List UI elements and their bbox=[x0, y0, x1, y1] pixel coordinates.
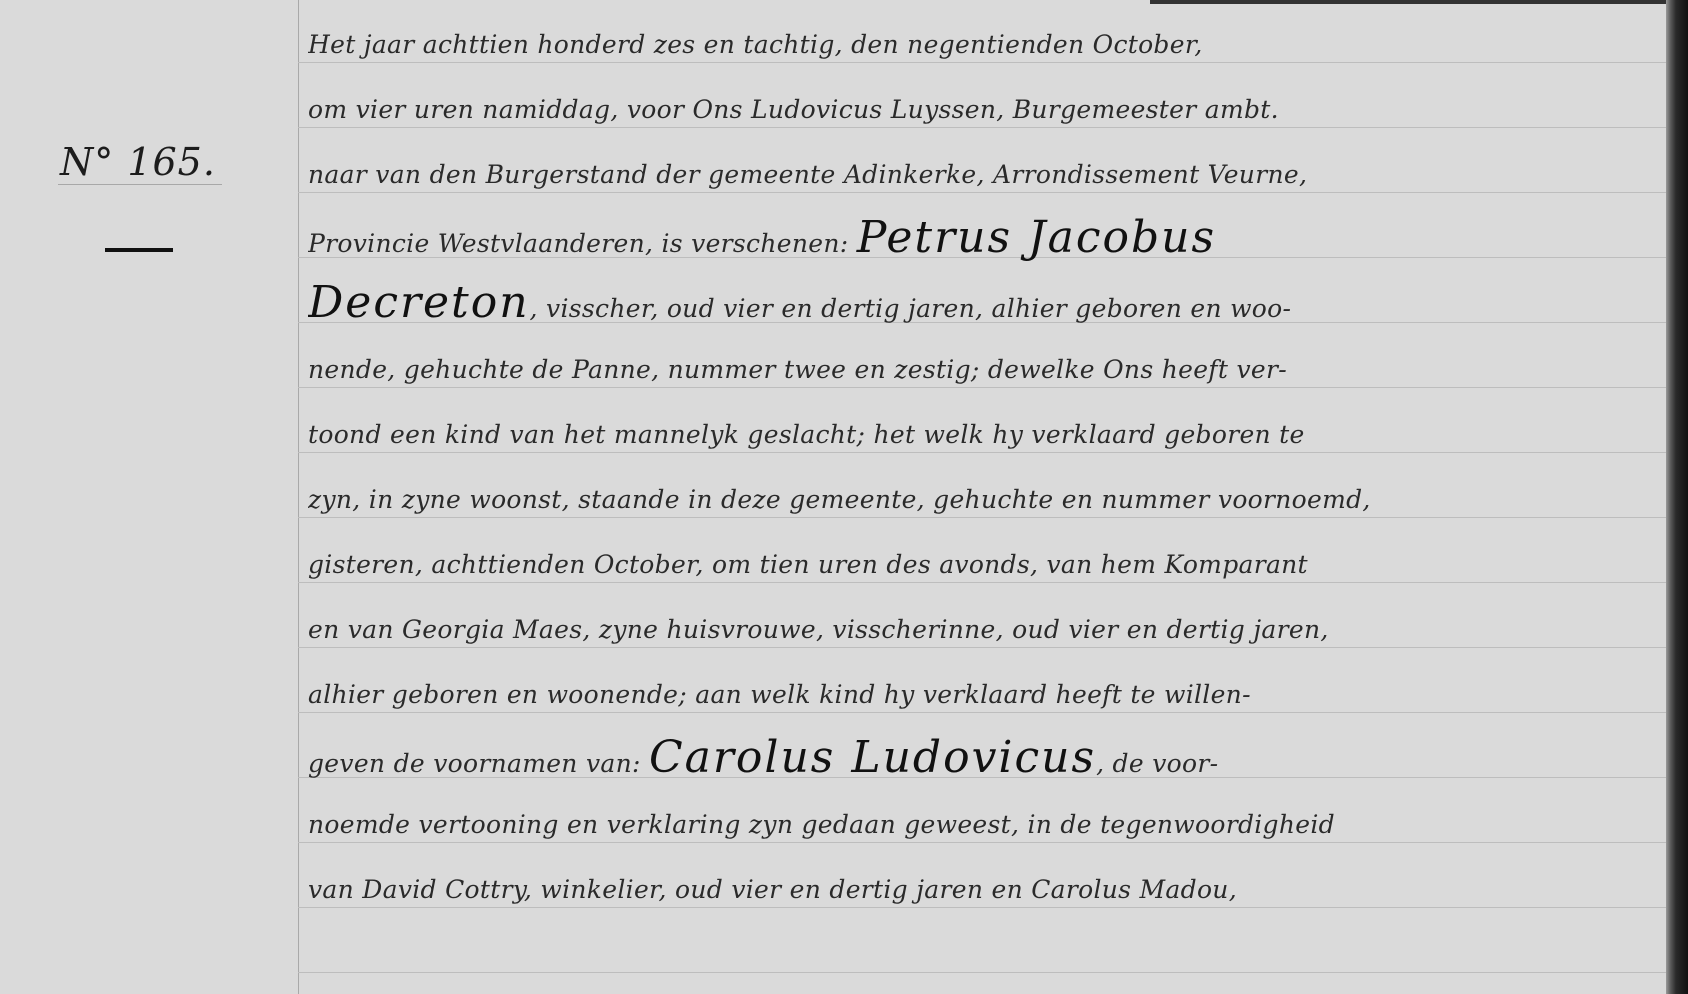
margin-rule bbox=[298, 0, 299, 994]
text-line-10: en van Georgia Maes, zyne huisvrouwe, vi… bbox=[308, 615, 1648, 644]
ruled-line bbox=[298, 712, 1666, 713]
text-line-13: noemde vertooning en verklaring zyn geda… bbox=[308, 810, 1648, 839]
line-text: , visscher, oud vier en dertig jaren, al… bbox=[530, 294, 1292, 323]
text-line-9: gisteren, achttienden October, om tien u… bbox=[308, 550, 1648, 579]
entry-number: N° 165. bbox=[58, 140, 222, 185]
ruled-line bbox=[298, 62, 1666, 63]
line-text: , de voor- bbox=[1096, 749, 1218, 778]
text-line-3: naar van den Burgerstand der gemeente Ad… bbox=[308, 160, 1648, 189]
text-line-8: zyn, in zyne woonst, staande in deze gem… bbox=[308, 485, 1648, 514]
ruled-line bbox=[298, 452, 1666, 453]
ruled-line bbox=[298, 517, 1666, 518]
text-line-12: geven de voornamen van: Carolus Ludovicu… bbox=[308, 732, 1648, 783]
text-line-7: toond een kind van het mannelyk geslacht… bbox=[308, 420, 1648, 449]
text-line-14: van David Cottry, winkelier, oud vier en… bbox=[308, 875, 1648, 904]
margin-column: N° 165. bbox=[58, 140, 258, 185]
text-line-6: nende, gehuchte de Panne, nummer twee en… bbox=[308, 355, 1648, 384]
text-line-2: om vier uren namiddag, voor Ons Ludovicu… bbox=[308, 95, 1648, 124]
text-line-1: Het jaar achttien honderd zes en tachtig… bbox=[308, 30, 1648, 59]
ruled-line bbox=[298, 647, 1666, 648]
father-given-names: Petrus Jacobus bbox=[857, 212, 1216, 263]
ruled-line bbox=[298, 972, 1666, 973]
register-page: N° 165. Het jaar achttien honderd zes en… bbox=[0, 0, 1666, 994]
page-edge-shadow bbox=[1150, 0, 1680, 4]
ruled-line bbox=[298, 842, 1666, 843]
line-text: geven de voornamen van: bbox=[308, 749, 649, 778]
father-surname: Decreton bbox=[308, 277, 530, 328]
ruled-line bbox=[298, 192, 1666, 193]
ruled-line bbox=[298, 127, 1666, 128]
ruled-line bbox=[298, 907, 1666, 908]
margin-dash bbox=[105, 248, 173, 252]
ruled-line bbox=[298, 582, 1666, 583]
ruled-line bbox=[298, 387, 1666, 388]
text-line-4: Provincie Westvlaanderen, is verschenen:… bbox=[308, 212, 1648, 263]
line-text: Provincie Westvlaanderen, is verschenen: bbox=[308, 229, 857, 258]
book-binding-edge bbox=[1666, 0, 1688, 994]
child-given-names: Carolus Ludovicus bbox=[649, 732, 1096, 783]
text-line-5: Decreton, visscher, oud vier en dertig j… bbox=[308, 277, 1648, 328]
text-line-11: alhier geboren en woonende; aan welk kin… bbox=[308, 680, 1648, 709]
